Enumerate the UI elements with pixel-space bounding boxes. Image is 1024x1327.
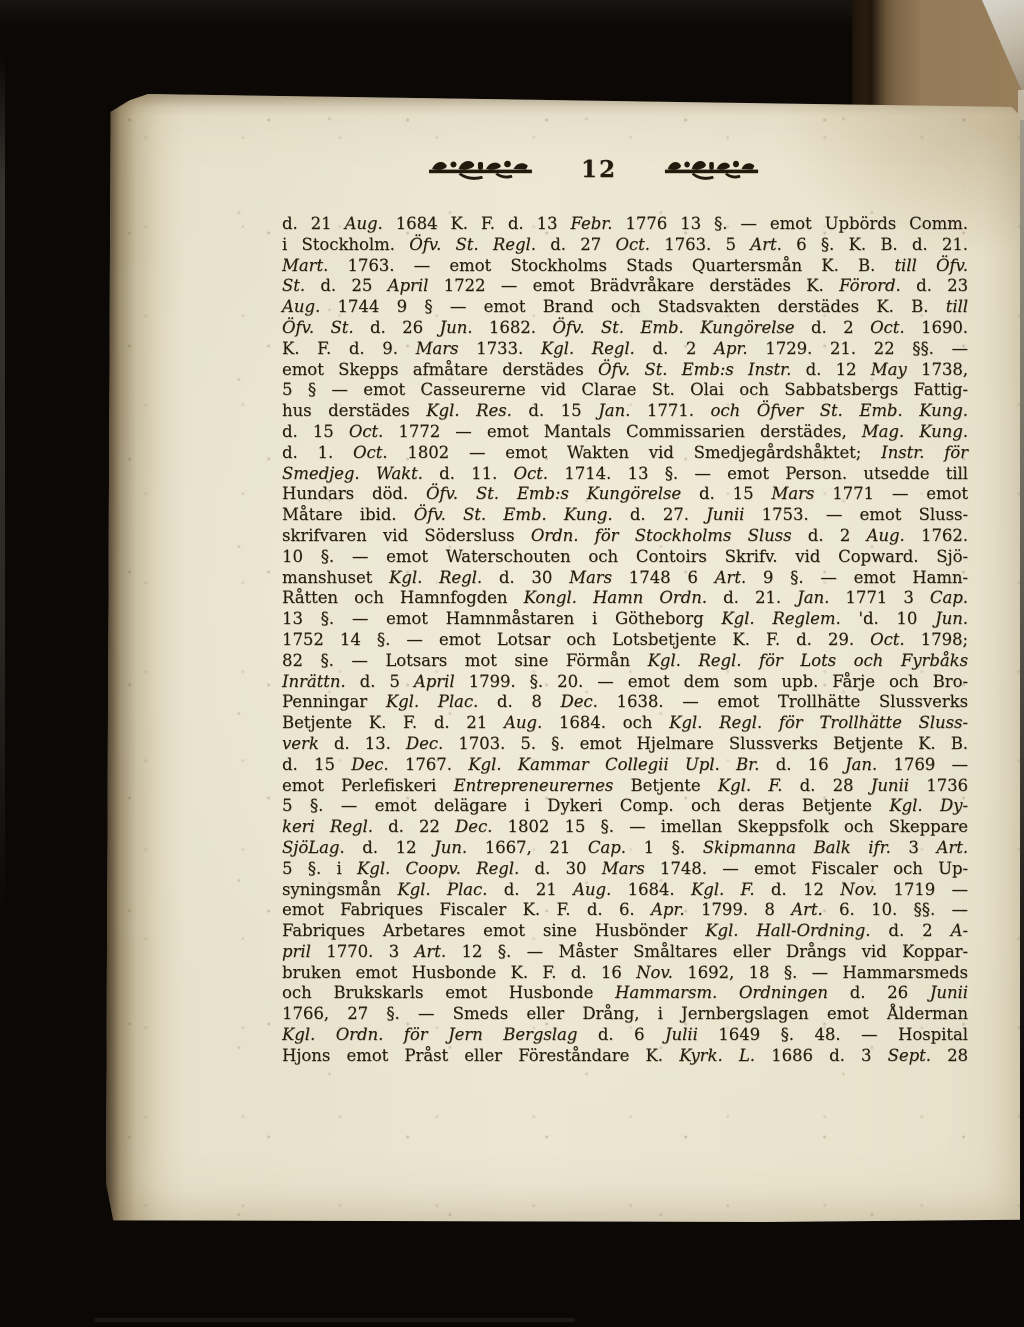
text-line: 5 §. — emot delägare i Dykeri Comp. och …: [282, 796, 968, 817]
text-line: syningsmån Kgl. Plac. d. 21 Aug. 1684. K…: [282, 880, 968, 901]
text-line: skrifvaren vid Södersluss Ordn. för Stoc…: [282, 526, 968, 547]
scanner-edge-glint-left: [0, 55, 5, 915]
text-line: Mart. 1763. — emot Stockholms Stads Quar…: [282, 256, 968, 277]
text-line: Aug. 1744 9 § — emot Brand och Stadsvakt…: [282, 297, 968, 318]
text-line: 10 §. — emot Waterschouten och Contoirs …: [282, 547, 968, 568]
text-line: och Brukskarls emot Husbonde Hammarsm. O…: [282, 983, 968, 1004]
text-line: Kgl. Ordn. för Jern Bergslag d. 6 Julii …: [282, 1025, 968, 1046]
text-line: d. 15 Dec. 1767. Kgl. Kammar Collegii Up…: [282, 755, 968, 776]
text-line: d. 21 Aug. 1684 K. F. d. 13 Febr. 1776 1…: [282, 214, 968, 235]
text-line: Smedjeg. Wakt. d. 11. Oct. 1714. 13 §. —…: [282, 464, 968, 485]
body-text: d. 21 Aug. 1684 K. F. d. 13 Febr. 1776 1…: [282, 214, 968, 1067]
text-line: d. 1. Oct. 1802 — emot Wakten vid Smedje…: [282, 443, 968, 464]
text-line: hus derstädes Kgl. Res. d. 15 Jan. 1771.…: [282, 401, 968, 422]
text-line: keri Regl. d. 22 Dec. 1802 15 §. — imell…: [282, 817, 968, 838]
text-line: Penningar Kgl. Plac. d. 8 Dec. 1638. — e…: [282, 692, 968, 713]
book-page: 12 d. 21 Aug. 1684 K. F. d. 13 Febr. 177…: [106, 94, 1020, 1222]
text-line: K. F. d. 9. Mars 1733. Kgl. Regl. d. 2 A…: [282, 339, 968, 360]
text-line: verk d. 13. Dec. 1703. 5. §. emot Hjelma…: [282, 734, 968, 755]
text-line: Råtten och Hamnfogden Kongl. Hamn Ordn. …: [282, 588, 968, 609]
text-line: pril 1770. 3 Art. 12 §. — Måster Småltar…: [282, 942, 968, 963]
text-line: 5 § — emot Casseurerne vid Clarae St. Ol…: [282, 380, 968, 401]
text-line: i Stockholm. Öfv. St. Regl. d. 27 Oct. 1…: [282, 235, 968, 256]
text-line: 13 §. — emot Hamnmåstaren i Götheborg Kg…: [282, 609, 968, 630]
printer-ornament-icon: [664, 156, 760, 182]
text-line: Hjons emot Pråst eller Föreståndare K. K…: [282, 1046, 968, 1067]
binding-shadow: [106, 94, 186, 1222]
page-number: 12: [581, 158, 617, 181]
text-line: 1766, 27 §. — Smeds eller Drång, i Jernb…: [282, 1004, 968, 1025]
text-line: Inrättn. d. 5 April 1799. §. 20. — emot …: [282, 672, 968, 693]
scanned-book-page: 12 d. 21 Aug. 1684 K. F. d. 13 Febr. 177…: [0, 0, 1024, 1327]
text-line: 5 §. i Kgl. Coopv. Regl. d. 30 Mars 1748…: [282, 859, 968, 880]
text-line: Måtare ibid. Öfv. St. Emb. Kung. d. 27. …: [282, 505, 968, 526]
text-line: Fabriques Arbetares emot sine Husbönder …: [282, 921, 968, 942]
text-line: Öfv. St. d. 26 Jun. 1682. Öfv. St. Emb. …: [282, 318, 968, 339]
text-line: emot Skepps afmåtare derstädes Öfv. St. …: [282, 360, 968, 381]
scanner-edge-glint-bottom: [95, 1318, 575, 1322]
text-line: emot Fabriques Fiscaler K. F. d. 6. Apr.…: [282, 900, 968, 921]
text-line: 1752 14 §. — emot Lotsar och Lotsbetjent…: [282, 630, 968, 651]
printer-ornament-icon: [428, 156, 534, 182]
text-line: 82 §. — Lotsars mot sine Förmån Kgl. Reg…: [282, 651, 968, 672]
text-line: St. d. 25 April 1722 — emot Brädvråkare …: [282, 276, 968, 297]
page-header: 12: [428, 154, 760, 184]
text-line: emot Perlefiskeri Entrepreneurernes Betj…: [282, 776, 968, 797]
text-line: manshuset Kgl. Regl. d. 30 Mars 1748 6 A…: [282, 568, 968, 589]
text-line: Betjente K. F. d. 21 Aug. 1684. och Kgl.…: [282, 713, 968, 734]
text-line: Hundars död. Öfv. St. Emb:s Kungörelse d…: [282, 484, 968, 505]
text-line: SjöLag. d. 12 Jun. 1667, 21 Cap. 1 §. Sk…: [282, 838, 968, 859]
text-line: d. 15 Oct. 1772 — emot Mantals Commissar…: [282, 422, 968, 443]
text-line: bruken emot Husbonde K. F. d. 16 Nov. 16…: [282, 963, 968, 984]
